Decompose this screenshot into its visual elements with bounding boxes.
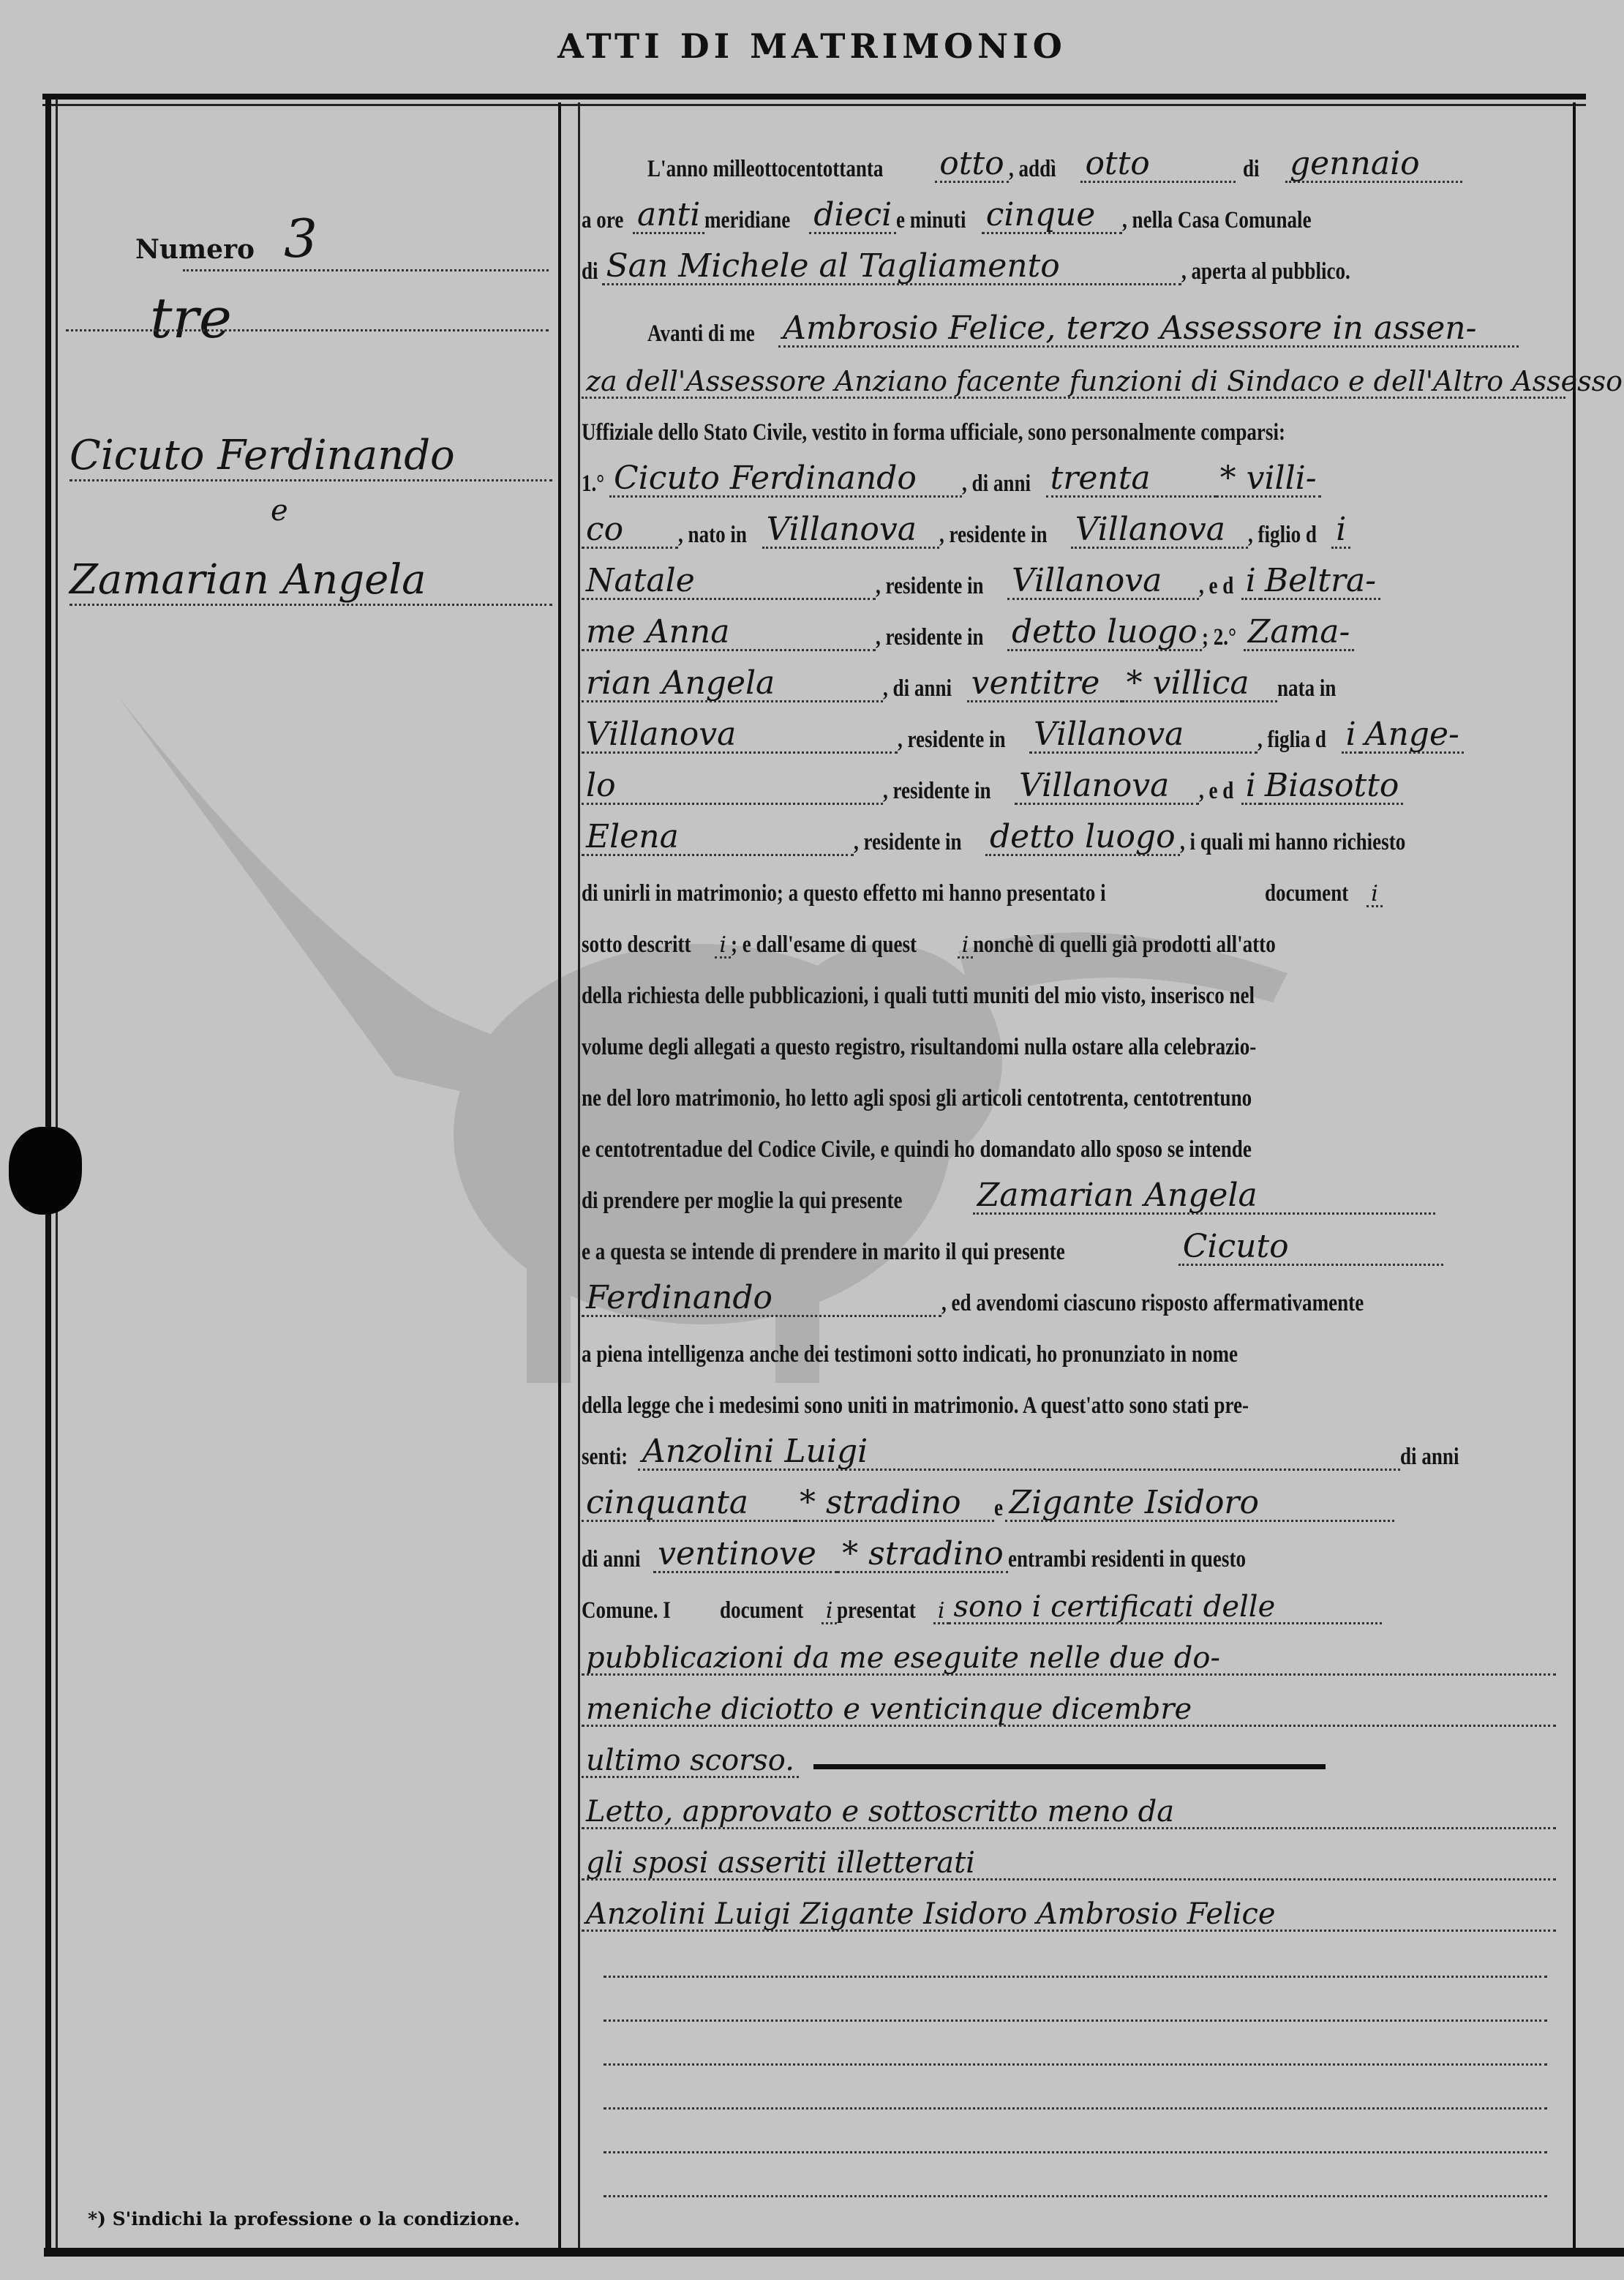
groom-father-handwritten: Natale [582,564,876,600]
act-line-12: Villanova , residente in Villanova , fig… [582,702,1565,754]
printed-text: e [994,1495,1003,1522]
place-handwritten: San Michele al Tagliamento [602,250,1181,285]
act-line-8: co , nato in Villanova , residente in Vi… [582,498,1565,549]
documents-cont-handwritten: ultimo scorso. [582,1745,799,1778]
act-line-26: senti: Anzolini Luigi di anni [582,1420,1565,1471]
act-line-33: Letto, approvato e sottoscritto meno da [582,1778,1565,1829]
blank-dotted-line [604,2063,1547,2066]
act-number-dotted-line [183,269,549,271]
act-line-6: Uffiziale dello Stato Civile, vestito in… [582,395,1565,446]
left-margin-column: Numero 3 tre Cicuto Ferdinando e Zamaria… [59,110,556,2246]
printed-text: della legge che i medesimi sono uniti in… [582,1392,1249,1420]
act-number-value: 3 [284,212,317,265]
blank-dotted-line [604,1976,1547,1978]
closing-cont-handwritten: gli sposi asseriti illetterati [582,1848,1556,1880]
bride-mother-cont-handwritten: Elena [582,820,854,856]
documents-cont-handwritten: pubblicazioni da me eseguite nelle due d… [582,1643,1556,1676]
act-line-24: a piena intelligenza anche dei testimoni… [582,1317,1565,1368]
closing-handwritten: Letto, approvato e sottoscritto meno da [582,1796,1556,1829]
printed-text: della richiesta delle pubblicazioni, i q… [582,983,1255,1010]
frame-top-rule-thin [42,104,1586,106]
groom-consent-cont-handwritten: Ferdinando [582,1281,941,1317]
groom-mother-handwritten: Beltra- [1260,564,1380,600]
hour-handwritten: dieci [809,198,896,234]
minutes-handwritten: cinque [982,198,1122,234]
groom-age-handwritten: trenta [1046,462,1216,498]
blank-dotted-line [604,2020,1547,2022]
printed-text: , figlio d [1248,522,1317,549]
printed-text: a ore [582,207,623,234]
printed-text: , residente in [939,522,1048,549]
bride-profession-handwritten: * villica [1122,667,1277,702]
act-number-words-dotted-line [66,329,549,331]
groom-mother-cont-handwritten: me Anna [582,615,876,651]
act-line-34: gli sposi asseriti illetterati [582,1829,1565,1880]
bride-father-residence-handwritten: Villanova [1015,769,1199,805]
margin-conjunction: e [271,494,288,528]
printed-text: , residente in [876,624,984,651]
printed-text: di prendere per moglie la qui presente [582,1188,902,1215]
act-line-16: sotto descritt i ; e dall'esame di quest… [582,907,1565,959]
printed-text: entrambi residenti in questo [1008,1546,1246,1573]
month-handwritten: gennaio [1285,147,1462,183]
blank-dotted-line [604,2107,1547,2110]
groom-birthplace-handwritten: Villanova [762,513,939,549]
groom-father-residence-handwritten: Villanova [1007,564,1199,600]
act-line-29: Comune. I document i presentat i sono i … [582,1573,1565,1624]
bride-mother-residence-handwritten: detto luogo [985,820,1180,856]
act-line-25: della legge che i medesimi sono uniti in… [582,1368,1565,1420]
act-number-row: Numero 3 [135,212,317,265]
act-line-14: Elena , residente in detto luogo , i qua… [582,805,1565,856]
frame-right-rule [1573,102,1576,2250]
suffix-handwritten: i [1342,718,1361,754]
groom-name-handwritten: Cicuto Ferdinando [609,462,962,498]
printed-text: di anni [1400,1444,1459,1471]
printed-text: , residente in [883,778,991,805]
witness1-profession-handwritten: * stradino [795,1486,994,1522]
groom-residence-handwritten: Villanova [1071,513,1248,549]
act-line-20: e centotrentadue del Codice Civile, e qu… [582,1112,1565,1163]
act-number-words: tre [150,285,232,350]
printed-text: document [1265,880,1348,907]
act-line-2: a ore anti meridiane dieci e minuti cinq… [582,183,1565,234]
printed-text: di [1243,156,1260,183]
groom-profession-handwritten: * villi- [1216,462,1321,498]
act-line-5: za dell'Assessore Anziano facente funzio… [582,348,1565,399]
documents-cont-handwritten: meniche diciotto e venticinque dicembre [582,1694,1556,1727]
printed-text: , residente in [876,573,984,600]
printed-text: meridiane [704,207,790,234]
printed-text: , residente in [854,829,962,856]
witness1-name-handwritten: Anzolini Luigi [638,1435,1400,1471]
year-handwritten: otto [935,147,1008,183]
groom-consent-handwritten: Cicuto [1178,1230,1443,1266]
act-line-4: Avanti di me Ambrosio Felice, terzo Asse… [582,296,1624,348]
act-line-30: pubblicazioni da me eseguite nelle due d… [582,1624,1565,1676]
printed-text: nata in [1277,675,1336,702]
blank-dotted-line [604,2151,1547,2153]
printed-text: 1.° [582,470,604,498]
printed-text: nonchè di quelli già prodotti all'atto [973,931,1276,959]
frame-bottom-rule [44,2248,1624,2257]
profession-footnote: *) S'indichi la professione o la condizi… [88,2208,520,2230]
printed-text: e centotrentadue del Codice Civile, e qu… [582,1136,1252,1163]
column-divider [558,102,561,2250]
printed-text: L'anno milleottocentottanta [647,156,883,183]
bride-age-handwritten: ventitre [967,667,1122,702]
register-title: ATTI DI MATRIMONIO [0,26,1624,66]
printed-text: di [582,258,598,285]
printed-text: , addì [1009,156,1056,183]
printed-text: presentat [837,1597,916,1624]
printed-text: , di anni [883,675,952,702]
bride-name-margin: Zamarian Angela [69,556,552,606]
ampm-handwritten: anti [633,198,704,234]
printed-text: Avanti di me [647,320,755,348]
printed-text: , nato in [678,522,747,549]
bride-birthplace-handwritten: Villanova [582,718,898,754]
printed-text: di anni [582,1546,640,1573]
suffix-handwritten: i [822,1600,838,1625]
printed-text: , aperta al pubblico. [1181,258,1350,285]
act-line-32: ultimo scorso. [582,1727,1565,1778]
printed-text: , figlia d [1258,727,1326,754]
suffix-handwritten: i [958,934,974,959]
officer-handwritten: Ambrosio Felice, terzo Assessore in asse… [778,312,1519,348]
printed-text: di unirli in matrimonio; a questo effett… [582,880,1106,907]
act-number-label: Numero [135,234,255,265]
frame-top-rule [42,94,1586,100]
act-line-28: di anni ventinove * stradino entrambi re… [582,1522,1565,1573]
printed-text: ne del loro matrimonio, ho letto agli sp… [582,1085,1252,1112]
act-line-19: ne del loro matrimonio, ho letto agli sp… [582,1061,1565,1112]
printed-text: , ed avendomi ciascuno risposto affermat… [941,1290,1364,1317]
printed-text: , i quali mi hanno richiesto [1180,829,1405,856]
act-line-15: di unirli in matrimonio; a questo effett… [582,856,1565,907]
suffix-handwritten: i [1241,564,1260,600]
act-line-3: di San Michele al Tagliamento , aperta a… [582,234,1565,285]
witness2-age-handwritten: ventinove [653,1537,838,1573]
witness2-profession-handwritten: * stradino [838,1537,1008,1573]
printed-text: , residente in [898,727,1006,754]
printed-text: e a questa se intende di prendere in mar… [582,1239,1065,1266]
bride-father-handwritten: Ange- [1361,718,1464,754]
act-line-27: cinquanta * stradino e Zigante Isidoro [582,1471,1565,1522]
act-line-10: me Anna , residente in detto luogo ; 2.°… [582,600,1565,651]
printed-text: volume degli allegati a questo registro,… [582,1034,1256,1061]
printed-text: e minuti [896,207,966,234]
suffix-handwritten: i [1331,513,1350,549]
groom-profession-cont-handwritten: co [582,513,678,549]
column-divider-thin [578,102,580,2250]
act-line-23: Ferdinando , ed avendomi ciascuno rispos… [582,1266,1565,1317]
bride-name-cont-handwritten: rian Angela [582,667,883,702]
bride-consent-handwritten: Zamarian Angela [973,1179,1435,1215]
act-line-1: L'anno milleottocentottanta otto , addì … [582,132,1624,183]
officer-continued-handwritten: za dell'Assessore Anziano facente funzio… [582,367,1565,399]
groom-name-margin: Cicuto Ferdinando [69,432,552,481]
bride-father-cont-handwritten: lo [582,769,883,805]
printed-text: senti: [582,1444,628,1471]
act-line-9: Natale , residente in Villanova , e d i … [582,549,1565,600]
groom-mother-residence-handwritten: detto luogo [1007,615,1202,651]
documents-handwritten: sono i certificati delle [949,1591,1382,1624]
printed-text: sotto descritt [582,931,691,959]
bride-name-handwritten: Zama- [1244,615,1355,651]
witness2-name-handwritten: Zigante Isidoro [1005,1486,1394,1522]
act-line-21: di prendere per moglie la qui presente Z… [582,1163,1565,1215]
day-handwritten: otto [1080,147,1236,183]
act-line-35: Anzolini Luigi Zigante Isidoro Ambrosio … [582,1880,1565,1932]
suffix-handwritten: i [1367,882,1383,908]
act-line-31: meniche diciotto e venticinque dicembre [582,1676,1565,1727]
act-line-11: rian Angela , di anni ventitre * villica… [582,651,1565,702]
printed-text: , e d [1199,573,1233,600]
bride-residence-handwritten: Villanova [1029,718,1258,754]
suffix-handwritten: i [715,934,731,959]
signatures-handwritten: Anzolini Luigi Zigante Isidoro Ambrosio … [582,1899,1556,1932]
act-line-22: e a questa se intende di prendere in mar… [582,1215,1565,1266]
printed-text: Comune. I [582,1597,671,1624]
witness1-age-handwritten: cinquanta [582,1486,795,1522]
act-line-17: della richiesta delle pubblicazioni, i q… [582,959,1565,1010]
printed-text: , nella Casa Comunale [1122,207,1312,234]
printed-text: ; e dall'esame di quest [731,931,917,959]
act-line-18: volume degli allegati a questo registro,… [582,1010,1565,1061]
printed-text: Uffiziale dello Stato Civile, vestito in… [582,419,1285,446]
printed-text: , e d [1199,778,1233,805]
act-line-13: lo , residente in Villanova , e d i Bias… [582,754,1565,805]
blank-dotted-line [604,2195,1547,2197]
suffix-handwritten: i [1241,769,1260,805]
closing-rule [813,1764,1326,1769]
bride-mother-handwritten: Biasotto [1260,769,1404,805]
printed-text: ; 2.° [1202,624,1236,651]
printed-text: , di anni [962,470,1031,498]
act-line-7: 1.° Cicuto Ferdinando , di anni trenta *… [582,446,1565,498]
suffix-handwritten: i [933,1600,950,1625]
printed-text: document [720,1597,803,1624]
printed-text: a piena intelligenza anche dei testimoni… [582,1341,1238,1368]
